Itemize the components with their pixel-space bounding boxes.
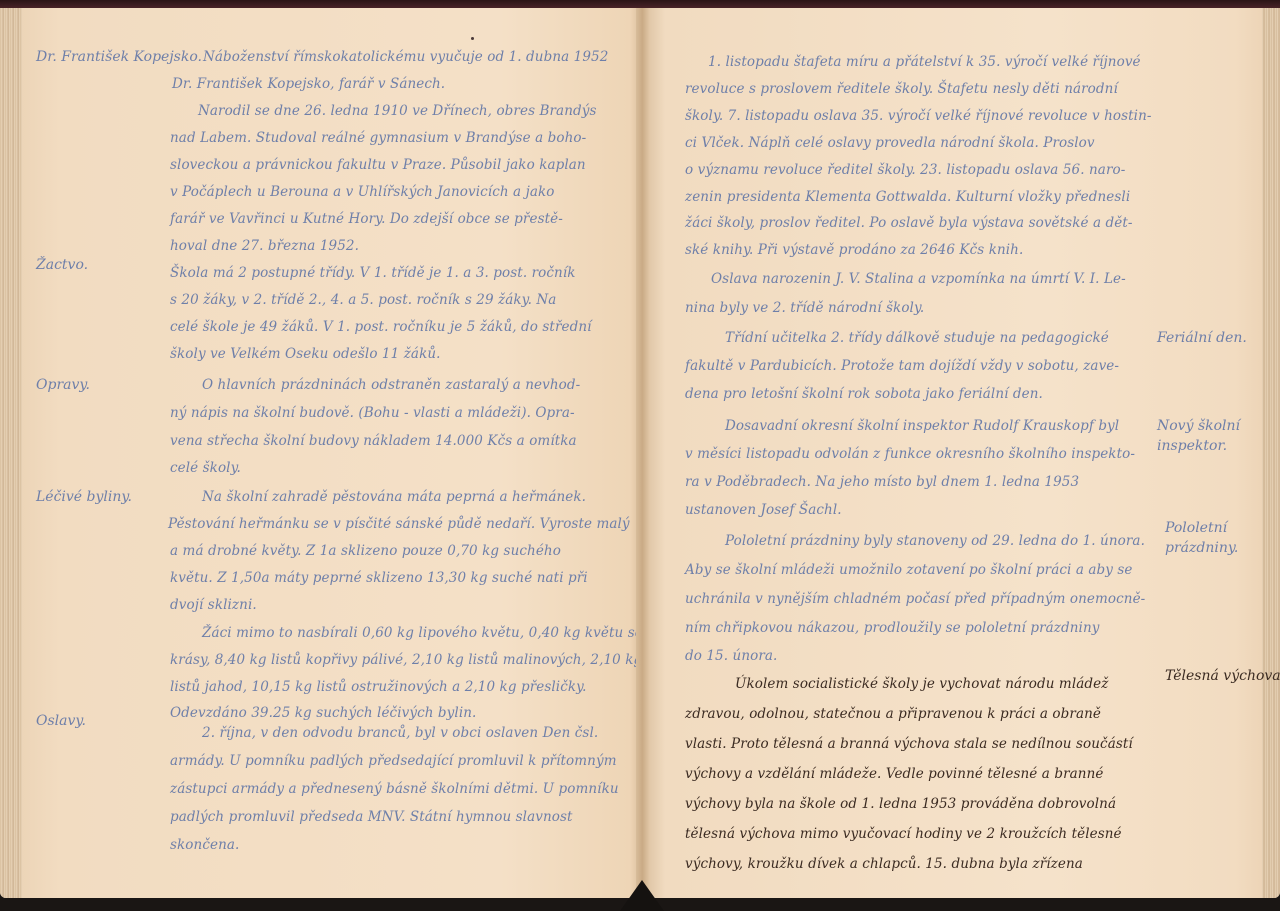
margin-note-zactvo: Žactvo. [36, 257, 88, 273]
margin-note-telesna-vychova: Tělesná výchova [1165, 668, 1280, 684]
text-line: 1. listopadu štafeta míru a přátelství k… [708, 54, 1141, 70]
text-line: Pěstování heřmánku se v písčité sánské p… [168, 516, 630, 532]
right-page: 1. listopadu štafeta míru a přátelství k… [645, 8, 1280, 898]
text-line: vena střecha školní budovy nákladem 14.0… [170, 433, 577, 449]
text-line: Dr. František Kopejsko, farář v Sánech. [172, 76, 445, 92]
margin-note-lecive-byliny: Léčivé byliny. [36, 489, 132, 505]
text-line: ním chřipkovou nákazou, prodloužily se p… [685, 620, 1099, 636]
text-line: v Počáplech u Berouna a v Uhlířských Jan… [170, 184, 555, 200]
text-line: O hlavních prázdninách odstraněn zastara… [202, 377, 580, 393]
text-line: Třídní učitelka 2. třídy dálkově studuje… [725, 330, 1109, 346]
text-line: školy. 7. listopadu oslava 35. výročí ve… [685, 108, 1152, 124]
text-line: hoval dne 27. března 1952. [170, 238, 359, 254]
text-line: 2. října, v den odvodu branců, byl v obc… [202, 725, 598, 741]
text-line: výchovy a vzdělání mládeže. Vedle povinn… [685, 766, 1103, 782]
text-line: uchránila v nynějším chladném počasí pře… [685, 591, 1145, 607]
text-line: květu. Z 1,50a máty peprné sklizeno 13,3… [170, 570, 588, 586]
left-page: Dr. František Kopejsko. Žactvo. Opravy. … [0, 8, 642, 898]
text-line: Aby se školní mládeži umožnilo zotavení … [685, 562, 1133, 578]
text-line: revoluce s proslovem ředitele školy. Šta… [685, 81, 1118, 97]
margin-note-opravy: Opravy. [36, 377, 90, 393]
text-line: ra v Poděbradech. Na jeho místo byl dnem… [685, 474, 1079, 490]
text-line: Žáci mimo to nasbírali 0,60 kg lipového … [202, 625, 642, 641]
text-line: Dosavadní okresní školní inspektor Rudol… [725, 418, 1119, 434]
text-line: žáci školy, proslov ředitel. Po oslavě b… [685, 215, 1133, 231]
text-line: skončena. [170, 837, 239, 853]
text-line: do 15. února. [685, 648, 777, 664]
book-gutter [636, 8, 650, 898]
text-line: celé škole je 49 žáků. V 1. post. ročník… [170, 319, 592, 335]
text-line: ustanoven Josef Šachl. [685, 502, 842, 518]
text-line: školy ve Velkém Oseku odešlo 11 žáků. [170, 346, 441, 362]
text-line: dvojí sklizni. [170, 597, 257, 613]
text-line: zenin presidenta Klementa Gottwalda. Kul… [685, 189, 1130, 205]
text-line: armády. U pomníku padlých předsedající p… [170, 753, 617, 769]
text-line: farář ve Vavřinci u Kutné Hory. Do zdejš… [170, 211, 563, 227]
text-line: s 20 žáky, v 2. třídě 2., 4. a 5. post. … [170, 292, 556, 308]
text-line: výchovy byla na škole od 1. ledna 1953 p… [685, 796, 1116, 812]
text-line: tělesná výchova mimo vyučovací hodiny ve… [685, 826, 1122, 842]
text-line: zástupci armády a přednesený básně školn… [170, 781, 619, 797]
text-line: celé školy. [170, 460, 241, 476]
text-line: Škola má 2 postupné třídy. V 1. třídě je… [170, 265, 576, 281]
text-line: dena pro letošní školní rok sobota jako … [685, 386, 1043, 402]
text-line: listů jahod, 10,15 kg listů ostružinovýc… [170, 679, 586, 695]
text-line: Narodil se dne 26. ledna 1910 ve Dřínech… [198, 103, 597, 119]
margin-note-novy-skolni-inspektor: Nový školní inspektor. [1157, 416, 1257, 456]
page-edges-right [1262, 8, 1280, 898]
text-line: v měsíci listopadu odvolán z funkce okre… [685, 446, 1135, 462]
text-line: nad Labem. Studoval reálné gymnasium v B… [170, 130, 586, 146]
text-line: Oslava narozenin J. V. Stalina a vzpomín… [711, 271, 1126, 287]
margin-note-kopejsko: Dr. František Kopejsko. [36, 49, 202, 65]
text-line: ské knihy. Při výstavě prodáno za 2646 K… [685, 242, 1023, 258]
text-line: sloveckou a právnickou fakultu v Praze. … [170, 157, 586, 173]
page-edges-left [0, 8, 22, 898]
margin-note-pololetni-prazdniny: Pololetní prázdniny. [1165, 518, 1255, 558]
text-line: Na školní zahradě pěstována máta peprná … [202, 489, 586, 505]
text-line: nina byly ve 2. třídě národní školy. [685, 300, 924, 316]
text-line: padlých promluvil předseda MNV. Státní h… [170, 809, 573, 825]
text-line: Náboženství římskokatolickému vyučuje od… [203, 49, 608, 65]
text-line: ný nápis na školní budově. (Bohu - vlast… [170, 405, 575, 421]
text-line: zdravou, odolnou, statečnou a připraveno… [685, 706, 1101, 722]
text-line: Úkolem socialistické školy je vychovat n… [735, 676, 1108, 692]
margin-note-oslavy: Oslavy. [36, 713, 86, 729]
text-line: fakultě v Pardubicích. Protože tam dojíž… [685, 358, 1119, 374]
text-line: výchovy, kroužku dívek a chlapců. 15. du… [685, 856, 1083, 872]
text-line: krásy, 8,40 kg listů kopřivy pálivé, 2,1… [170, 652, 642, 668]
text-line: ci Vlček. Náplň celé oslavy provedla nár… [685, 135, 1095, 151]
text-line: vlasti. Proto tělesná a branná výchova s… [685, 736, 1133, 752]
ink-spot [471, 37, 474, 40]
text-line: o významu revoluce ředitel školy. 23. li… [685, 162, 1125, 178]
margin-note-ferialni-den: Feriální den. [1157, 330, 1247, 346]
text-line: a má drobné květy. Z 1a sklizeno pouze 0… [170, 543, 561, 559]
text-line: Pololetní prázdniny byly stanoveny od 29… [725, 533, 1145, 549]
text-line: Odevzdáno 39.25 kg suchých léčivých byli… [170, 705, 476, 721]
